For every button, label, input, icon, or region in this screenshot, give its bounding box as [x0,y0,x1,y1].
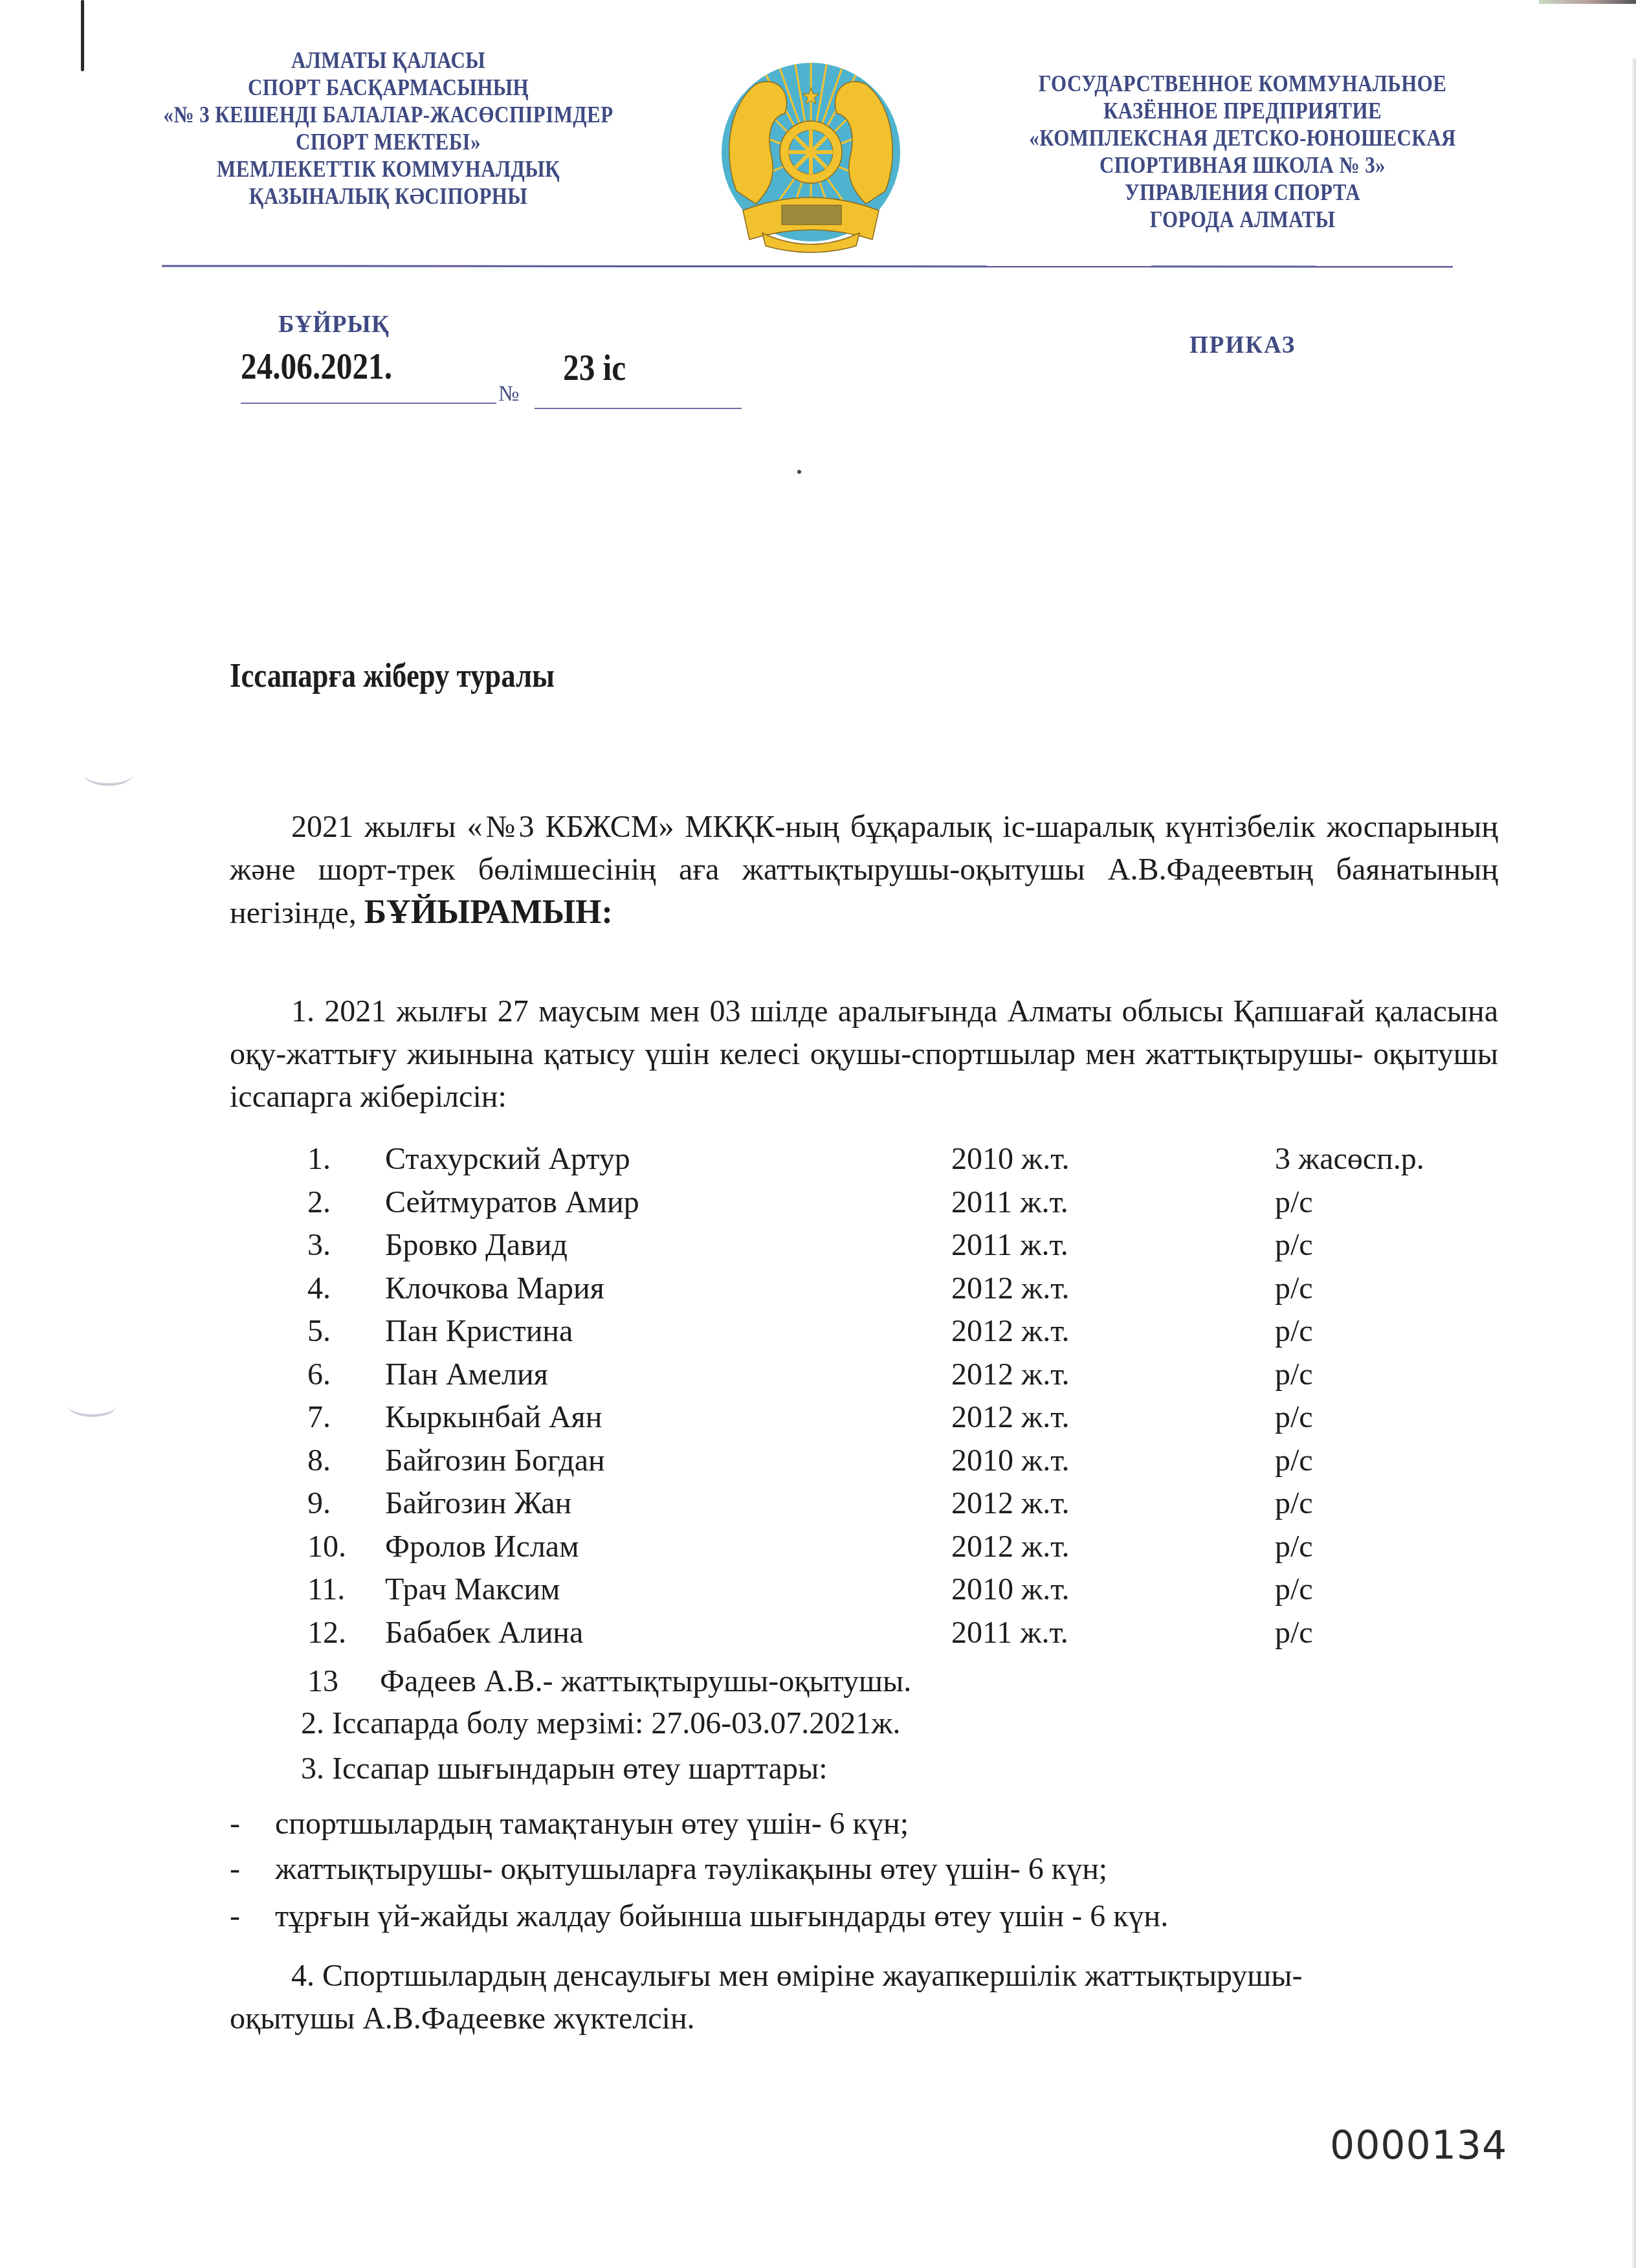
participant-rank: 3 жасөсп.р. [1275,1138,1424,1181]
item-1-text: 1. 2021 жылғы 27 маусым мен 03 шілде ара… [230,990,1498,1118]
participant-name: Пан Амелия [385,1353,548,1396]
coach-name: Фадеев А.В.- жаттықтырушы-оқытушы. [380,1660,911,1703]
participant-num: 5. [307,1310,331,1353]
header-line: ГОРОДА АЛМАТЫ [992,206,1493,233]
participant-num: 6. [307,1353,331,1396]
item-3-conditions-heading: 3. Іссапар шығындарын өтеу шарттары: [301,1748,828,1790]
participant-name: Байгозин Богдан [385,1440,605,1482]
participant-rank: р/с [1275,1181,1313,1224]
participant-birth-year: 2011 ж.т. [951,1181,1068,1224]
participant-name: Пан Кристина [385,1310,573,1353]
participant-row: 7.Кыркынбай Аян2012 ж.т.р/с [307,1396,1537,1440]
dash-marker: - [230,1803,240,1845]
punch-hole-mark [68,1395,116,1417]
participant-rank: р/с [1275,1612,1313,1654]
participant-birth-year: 2012 ж.т. [951,1353,1070,1396]
header-line: СПОРТ БАСҚАРМАСЫНЫҢ [138,74,639,101]
item-4-text: 4. Спортшылардың денсаулығы мен өміріне … [230,1955,1343,2040]
participant-rank: р/с [1275,1353,1313,1396]
participant-name: Трач Максим [385,1568,560,1611]
participant-birth-year: 2011 ж.т. [951,1612,1068,1654]
participant-rank: р/с [1275,1224,1313,1267]
number-underline [535,408,742,409]
header-line: ҚАЗЫНАЛЫҚ КӘСІПОРНЫ [138,183,639,210]
header-line: СПОРТ МЕКТЕБІ» [138,128,639,155]
participant-num: 12. [307,1612,346,1654]
participant-rank: р/с [1275,1482,1313,1525]
header-line: СПОРТИВНАЯ ШКОЛА № 3» [992,151,1493,179]
participant-num: 3. [307,1224,331,1267]
participant-rank: р/с [1275,1568,1313,1611]
participant-num: 9. [307,1482,331,1525]
item-2-duration: 2. Іссапарда болу мерзімі: 27.06-03.07.2… [301,1702,900,1745]
coach-num: 13 [307,1660,338,1703]
participant-row: 6.Пан Амелия2012 ж.т.р/с [307,1353,1537,1397]
scan-top-edge [1539,0,1636,4]
condition-text: жаттықтырушы- оқытушыларға тәулікақыны ө… [275,1848,1107,1891]
participant-num: 10. [307,1526,346,1568]
participant-name: Стахурский Артур [385,1138,630,1181]
scan-right-edge [1632,58,1636,2268]
scan-binder-edge [81,0,84,71]
participant-name: Бабабек Алина [385,1612,583,1654]
participant-birth-year: 2012 ж.т. [951,1396,1070,1439]
item-4-paragraph: 4. Спортшылардың денсаулығы мен өміріне … [230,1955,1498,2040]
participant-num: 2. [307,1181,331,1224]
participant-name: Клочкова Мария [385,1267,604,1310]
participant-row: 5.Пан Кристина2012 ж.т.р/с [307,1310,1537,1353]
order-date: 24.06.2021. [241,346,392,388]
participant-row: 4.Клочкова Мария2012 ж.т.р/с [307,1267,1537,1311]
header-line: ГОСУДАРСТВЕННОЕ КОММУНАЛЬНОЕ [992,70,1493,97]
item-1-paragraph: 1. 2021 жылғы 27 маусым мен 03 шілде ара… [230,990,1498,1118]
header-org-russian: ГОСУДАРСТВЕННОЕ КОММУНАЛЬНОЕ КАЗЁННОЕ ПР… [951,70,1534,233]
header-line: УПРАВЛЕНИЯ СПОРТА [992,179,1493,206]
participant-birth-year: 2010 ж.т. [951,1568,1070,1611]
participant-rank: р/с [1275,1396,1313,1439]
order-verb: БҰЙЫРАМЫН: [364,894,613,931]
participant-num: 4. [307,1267,331,1310]
page-number: 0000134 [1330,2123,1507,2168]
condition-text: тұрғын үй-жайды жалдау бойынша шығындард… [275,1895,1168,1938]
number-sign: № [498,382,519,406]
order-label-russian: ПРИКАЗ [1189,331,1296,359]
participant-row: 11.Трач Максим2010 ж.т.р/с [307,1568,1537,1612]
order-number: 23 іс [563,348,626,389]
participants-list: 1.Стахурский Артур2010 ж.т.3 жасөсп.р.2.… [307,1138,1537,1654]
participant-row: 1.Стахурский Артур2010 ж.т.3 жасөсп.р. [307,1138,1537,1181]
participant-row: 12.Бабабек Алина2011 ж.т.р/с [307,1612,1537,1655]
participant-row: 2.Сейтмуратов Амир2011 ж.т.р/с [307,1181,1537,1225]
scan-speck [797,470,801,474]
participant-num: 7. [307,1396,331,1439]
intro-paragraph: 2021 жылғы «№3 КБЖСМ» МКҚК-ның бұқаралық… [230,806,1498,935]
participant-row: 8.Байгозин Богдан2010 ж.т.р/с [307,1440,1537,1483]
participant-rank: р/с [1275,1440,1313,1482]
participant-birth-year: 2012 ж.т. [951,1526,1070,1568]
participant-birth-year: 2010 ж.т. [951,1440,1070,1482]
participant-birth-year: 2012 ж.т. [951,1482,1070,1525]
header-line: АЛМАТЫ ҚАЛАСЫ [138,47,639,74]
dash-marker: - [230,1848,240,1891]
participant-rank: р/с [1275,1310,1313,1353]
participant-rank: р/с [1275,1267,1313,1310]
participant-row: 9.Байгозин Жан2012 ж.т.р/с [307,1482,1537,1526]
participant-rank: р/с [1275,1526,1313,1568]
participant-birth-year: 2012 ж.т. [951,1267,1070,1310]
dash-marker: - [230,1895,240,1938]
participant-num: 1. [307,1138,331,1181]
state-emblem-icon [717,61,905,259]
punch-hole-mark [84,764,133,786]
participant-name: Кыркынбай Аян [385,1396,602,1439]
participant-num: 11. [307,1568,345,1611]
date-underline [241,403,496,404]
header-org-kazakh: АЛМАТЫ ҚАЛАСЫ СПОРТ БАСҚАРМАСЫНЫҢ «№ 3 К… [97,47,680,210]
participant-name: Сейтмуратов Амир [385,1181,639,1224]
participant-name: Байгозин Жан [385,1482,571,1525]
header-line: «№ 3 КЕШЕНДІ БАЛАЛАР-ЖАСӨСПІРІМДЕР [138,101,639,128]
document-title: Іссапарға жіберу туралы [230,657,555,695]
participant-birth-year: 2012 ж.т. [951,1310,1070,1353]
condition-text: спортшылардың тамақтануын өтеу үшін- 6 к… [275,1803,909,1845]
participant-birth-year: 2010 ж.т. [951,1138,1070,1181]
participant-num: 8. [307,1440,331,1482]
header-divider [162,265,1453,267]
participant-row: 10.Фролов Ислам2012 ж.т.р/с [307,1526,1537,1569]
order-label-kazakh: БҰЙРЫҚ [278,311,390,339]
participant-birth-year: 2011 ж.т. [951,1224,1068,1267]
participant-row: 3.Бровко Давид2011 ж.т.р/с [307,1224,1537,1267]
header-line: КАЗЁННОЕ ПРЕДПРИЯТИЕ [992,97,1493,124]
participant-name: Фролов Ислам [385,1526,579,1568]
participant-name: Бровко Давид [385,1224,568,1267]
header-line: МЕМЛЕКЕТТІК КОММУНАЛДЫҚ [138,155,639,183]
header-line: «КОМПЛЕКСНАЯ ДЕТСКО-ЮНОШЕСКАЯ [992,124,1493,151]
